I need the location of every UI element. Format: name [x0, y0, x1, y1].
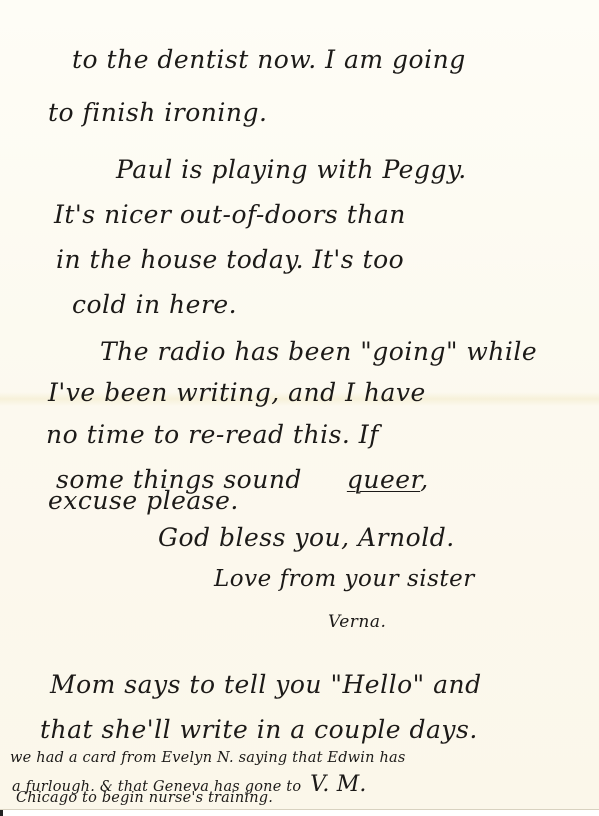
letter-line-1: to the dentist now. I am going	[72, 45, 466, 74]
letter-line-4: It's nicer out-of-doors than	[54, 200, 406, 229]
letter-line-10-comma: ,	[420, 465, 428, 494]
letter-line-8: I've been writing, and I have	[48, 378, 426, 407]
page-bottom-edge	[0, 809, 599, 816]
letter-line-9: no time to re-read this. If	[46, 420, 379, 449]
letter-line-11: excuse please.	[48, 486, 239, 515]
letter-line-6: cold in here.	[72, 290, 237, 319]
postscript-line-1: Mom says to tell you "Hello" and	[50, 670, 482, 699]
letter-line-5: in the house today. It's too	[56, 245, 404, 274]
postscript-line-2: that she'll write in a couple days.	[40, 715, 478, 744]
footnote-line-3: Chicago to begin nurse's training.	[16, 790, 273, 806]
edge-mark	[0, 810, 3, 816]
letter-line-7: The radio has been "going" while	[100, 337, 537, 366]
footnote-vm-initials: V. M.	[310, 772, 367, 797]
letter-line-2: to finish ironing.	[48, 98, 267, 127]
underlined-word-queer: queer	[347, 465, 420, 494]
letter-line-3: Paul is playing with Peggy.	[116, 155, 467, 184]
closing-blessing: God bless you, Arnold.	[158, 523, 455, 552]
footnote-line-1: we had a card from Evelyn N. saying that…	[10, 750, 406, 766]
letter-page: to the dentist now. I am going to finish…	[0, 0, 599, 809]
closing-sign-off: Love from your sister	[214, 566, 475, 592]
signature: Verna.	[328, 612, 386, 632]
